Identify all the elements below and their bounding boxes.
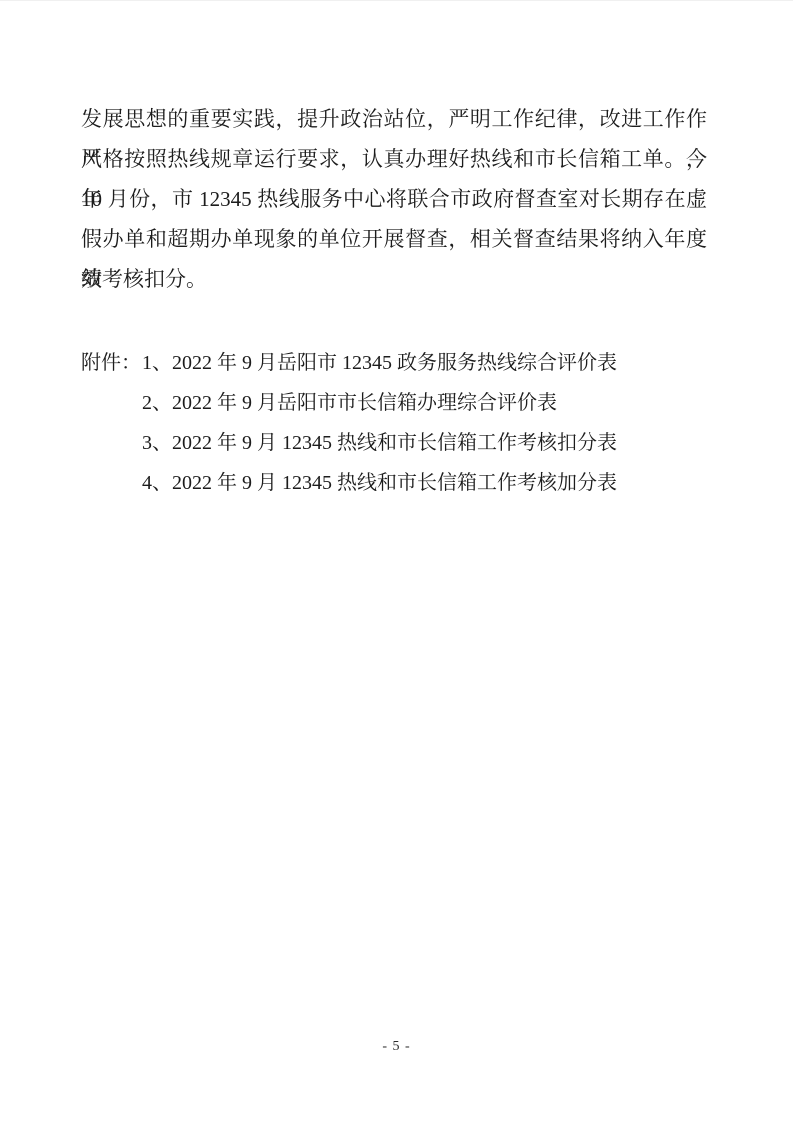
paragraph-line-5: 效考核扣分。 — [81, 259, 707, 299]
body-paragraph: 发展思想的重要实践，提升政治站位，严明工作纪律，改进工作作风， 严格按照热线规章… — [81, 99, 707, 299]
attachments-block: 附件： 1、2022 年 9 月岳阳市 12345 政务服务热线综合评价表 2、… — [81, 343, 617, 503]
document-page: 发展思想的重要实践，提升政治站位，严明工作纪律，改进工作作风， 严格按照热线规章… — [0, 0, 793, 1122]
attachment-item-3: 3、2022 年 9 月 12345 热线和市长信箱工作考核扣分表 — [142, 423, 617, 463]
paragraph-line-1: 发展思想的重要实践，提升政治站位，严明工作纪律，改进工作作风， — [81, 99, 707, 139]
page-number: - 5 - — [0, 1037, 793, 1057]
paragraph-line-3: 10 月份，市 12345 热线服务中心将联合市政府督查室对长期存在虚 — [81, 179, 707, 219]
paragraph-line-2: 严格按照热线规章运行要求，认真办理好热线和市长信箱工单。今年 — [81, 139, 707, 179]
paragraph-line-4: 假办单和超期办单现象的单位开展督查，相关督查结果将纳入年度绩 — [81, 219, 707, 259]
attachment-list: 1、2022 年 9 月岳阳市 12345 政务服务热线综合评价表 2、2022… — [142, 343, 617, 503]
attachment-item-1: 1、2022 年 9 月岳阳市 12345 政务服务热线综合评价表 — [142, 343, 617, 383]
attachment-item-2: 2、2022 年 9 月岳阳市市长信箱办理综合评价表 — [142, 383, 617, 423]
attachment-item-4: 4、2022 年 9 月 12345 热线和市长信箱工作考核加分表 — [142, 463, 617, 503]
attachments-label: 附件： — [81, 343, 142, 383]
